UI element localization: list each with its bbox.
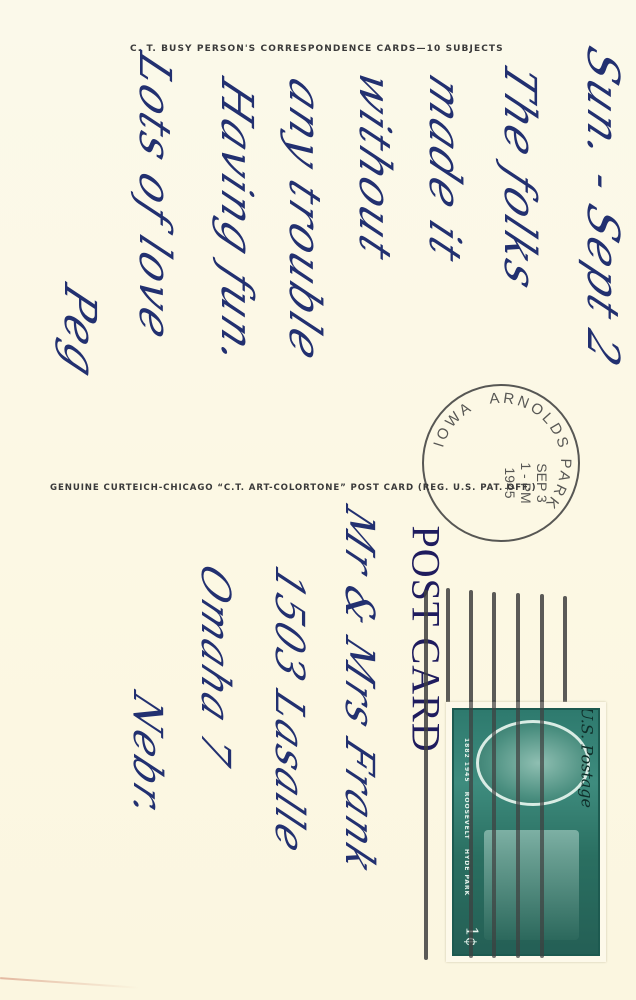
postmark-ring-text: ARNOLDS PARK IOWA (424, 386, 578, 540)
cancel-bar (492, 700, 496, 958)
cancel-bar (540, 700, 544, 958)
message-line: The folks (494, 54, 545, 300)
message-line: any trouble (279, 70, 330, 371)
hyde-park-house-image (484, 830, 579, 940)
cancel-bar (516, 700, 520, 958)
signature: Peg (54, 276, 105, 388)
postmark: ARNOLDS PARK IOWA SEP 3 1 - PM 1945 (422, 384, 580, 542)
message-line: Having fun. (211, 70, 262, 377)
cancel-bar (424, 590, 428, 960)
svg-text:IOWA: IOWA (430, 398, 476, 449)
stamp-design: 1882 1945 ROOSEVELT HYDE PARK U.S. Posta… (452, 708, 600, 956)
message-line: made it (419, 66, 470, 272)
message-line: Sun. - Sept 2 (577, 38, 628, 375)
address-line: 1503 Lasalle (266, 559, 312, 863)
address-line: Nebr. (124, 685, 170, 828)
message-line: without (349, 62, 400, 270)
address-line: Mr & Mrs Frank (336, 499, 382, 884)
postcard-back: C. T. BUSY PERSON'S CORRESPONDENCE CARDS… (0, 0, 636, 1000)
stamp-country: U.S. Postage (577, 708, 596, 808)
printed-header: C. T. BUSY PERSON'S CORRESPONDENCE CARDS… (130, 44, 504, 54)
message-line: Lots of love (129, 44, 180, 350)
paper-crease (0, 977, 140, 989)
address-line: Omaha 7 (192, 557, 238, 775)
cancel-bar (469, 700, 473, 958)
publisher-caption: GENUINE CURTEICH-CHICAGO “C.T. ART-COLOR… (50, 483, 536, 493)
